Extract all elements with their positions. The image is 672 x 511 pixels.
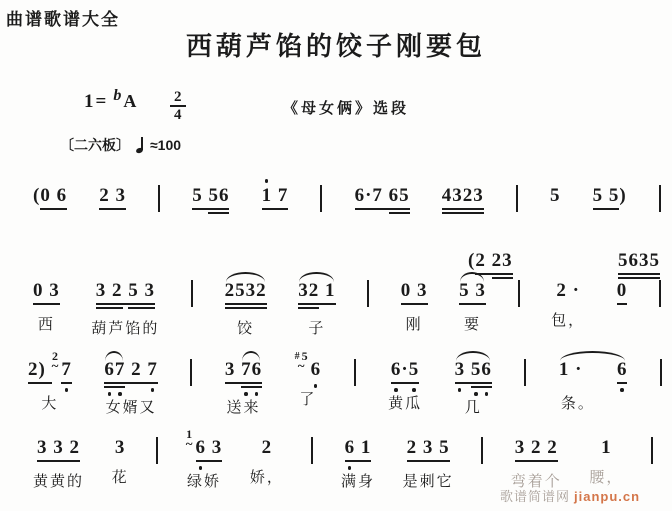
beam-line	[262, 208, 289, 210]
note-text: 76	[241, 359, 262, 380]
note-token: 3 2 2	[515, 437, 558, 462]
note-group: 0	[617, 271, 628, 332]
barline	[367, 280, 369, 307]
grace-tilde-icon: ~	[186, 440, 194, 448]
beam-line	[28, 382, 52, 384]
beam-group	[401, 301, 428, 305]
tempo-row: 〔二六板〕 ≈100	[60, 135, 181, 155]
beam-group	[407, 458, 450, 462]
beam-line	[192, 208, 208, 210]
beam-line	[442, 212, 484, 214]
beam-line	[208, 212, 229, 214]
note: 7	[61, 359, 72, 384]
beam-line	[345, 460, 372, 462]
notes-row: 2 3 5	[407, 428, 450, 462]
note-group: 2 3	[99, 176, 126, 237]
note-text: 6·5	[391, 359, 419, 380]
notes-row: 3 2 5 3	[96, 271, 155, 309]
note-text: 56	[208, 185, 229, 206]
beam-line	[128, 303, 155, 305]
notes-row: 67 2 7	[104, 350, 158, 388]
notes-row: 2 3	[99, 176, 126, 210]
note: 6	[311, 359, 322, 380]
beam-line	[104, 386, 125, 388]
note: )	[619, 185, 626, 206]
note-token: 2 3 5	[407, 437, 450, 462]
beam-group	[455, 380, 471, 384]
barline	[320, 185, 322, 212]
notes-row: 1	[601, 428, 612, 458]
beam-group	[471, 380, 492, 388]
beam-line	[407, 460, 450, 462]
beam-line	[391, 382, 419, 384]
note: 6 1	[345, 437, 372, 462]
note-group: 32 1子	[298, 271, 335, 338]
note-group: 67 2 7女婿又	[104, 350, 158, 417]
note-text: 2 ·	[556, 280, 580, 301]
notes-row: 1 · 6	[559, 350, 628, 384]
note-token: 3	[115, 437, 126, 458]
note-token: 1 · 6	[559, 359, 628, 384]
note-token: 5 56	[192, 185, 229, 214]
note-text: 5 3	[128, 280, 155, 301]
octave-dot-below	[620, 388, 624, 392]
note: 65	[389, 185, 410, 214]
beam-group	[37, 458, 80, 462]
note-group: 6·5黄瓜	[388, 350, 422, 413]
note-token: 3 3 2	[37, 437, 80, 462]
barline	[156, 437, 158, 464]
note-text: 2 3 5	[407, 437, 450, 458]
octave-dot-below	[458, 388, 462, 392]
lyric-syllable: 西	[38, 313, 55, 334]
notes-row: 5 5)	[593, 176, 627, 210]
barline	[518, 280, 520, 307]
note-text: 1 ·	[559, 359, 583, 380]
note-token: 5 3	[459, 280, 486, 305]
note-token: 7	[147, 359, 158, 384]
note: 5	[192, 185, 208, 210]
note-token: 6·7 65	[355, 185, 410, 214]
beam-group	[225, 380, 241, 384]
note-group: 5	[550, 176, 561, 233]
notes-row: (0 6	[33, 176, 67, 210]
note-token: 5 5)	[593, 185, 627, 210]
note: 56	[471, 359, 492, 388]
beam-group	[389, 206, 410, 214]
note-text: 3 2	[96, 280, 123, 301]
slur-arc	[299, 272, 333, 282]
note-token: 0	[617, 280, 628, 305]
octave-dot-below	[65, 388, 69, 392]
note: 2	[125, 359, 147, 384]
lyric-syllable: 绿娇	[187, 470, 221, 491]
note: 1 7	[262, 185, 289, 210]
barline	[191, 280, 193, 307]
beam-line	[40, 208, 67, 210]
notes-row: 4323	[442, 176, 484, 214]
beam-line	[96, 307, 123, 309]
note-group: 1~6 3绿娇	[186, 428, 223, 491]
beam-line	[61, 382, 72, 384]
slur-arc	[226, 272, 265, 282]
note-text: 6	[311, 359, 322, 380]
note-text: 2)	[28, 359, 52, 380]
note-token: 67	[104, 359, 125, 388]
notes-row: 5 56	[192, 176, 229, 214]
notes-row: 2) 2~7	[28, 350, 72, 384]
octave-dot-below	[474, 392, 478, 396]
notes-row: 6·5	[391, 350, 419, 384]
note-token: 3 2 5 3	[96, 280, 155, 309]
beam-line	[355, 208, 389, 210]
beam-line	[104, 382, 125, 384]
note-text: 3 2 2	[515, 437, 558, 458]
note: 56	[208, 185, 229, 214]
beam-line	[455, 382, 471, 384]
beam-group	[125, 380, 147, 384]
note-text: 6	[617, 359, 628, 380]
grace-tilde-icon: ~	[298, 362, 306, 370]
note	[582, 359, 617, 380]
quarter-note-icon	[135, 137, 145, 154]
note: 0 3	[33, 280, 60, 305]
note-group: 3花	[112, 428, 129, 487]
beam-line	[319, 303, 335, 305]
note-token: 2	[125, 359, 147, 384]
notes-row: 3 3 2	[37, 428, 80, 462]
note-text: 0	[617, 280, 628, 301]
lyric-syllable: 女婿又	[106, 396, 157, 417]
beam-line	[298, 307, 319, 309]
note-group: 2 3 5是刺它	[403, 428, 454, 491]
beam-line	[37, 460, 80, 462]
beam-group	[459, 301, 486, 305]
note: 2)	[28, 359, 52, 384]
lyric-syllable: 子	[308, 317, 325, 338]
note-group: 2532饺	[225, 271, 267, 338]
music-sheet: 曲谱歌谱大全 西葫芦馅的饺子刚要包 1=bA 2 4 《母女俩》选段 〔二六板〕…	[0, 0, 672, 511]
beam-line	[33, 303, 60, 305]
octave-dot-below	[394, 388, 398, 392]
song-title: 西葫芦馅的饺子刚要包	[0, 26, 672, 63]
beam-line	[389, 212, 410, 214]
note-text: 3	[115, 437, 126, 458]
beam-group	[147, 380, 158, 384]
note-text: (	[33, 185, 40, 206]
note: 2	[262, 437, 273, 458]
note-token: 2 ·	[556, 280, 580, 301]
note-group: 3 3 2黄黄的	[33, 428, 84, 491]
beam-group	[391, 380, 419, 384]
note-text: 2	[262, 437, 273, 458]
note-token: 2)	[28, 359, 52, 384]
notes-row: 2532	[225, 271, 267, 309]
note: 7	[147, 359, 158, 384]
note-text: 0 6	[40, 185, 67, 206]
beam-group	[208, 206, 229, 214]
note-token: 0 3	[33, 280, 60, 305]
beam-line	[617, 303, 628, 305]
lyric-syllable: 花	[112, 466, 129, 487]
notes-row: 2	[262, 428, 273, 458]
banshi-label: 〔二六板〕	[60, 135, 130, 155]
note-text: 1	[319, 280, 335, 301]
note-text: 23	[492, 250, 513, 271]
score-line-verse-2: 2) 2~7大67 2 7女婿又3 76送来#5~6了6·5黄瓜3 56几1 ·…	[28, 350, 662, 417]
beam-line	[471, 382, 492, 384]
notes-row: 3	[115, 428, 126, 458]
lyric-syllable: 送来	[226, 396, 260, 417]
beam-line	[442, 208, 484, 210]
beam-line	[389, 208, 410, 210]
notes-row: 3 76	[225, 350, 262, 388]
beam-line	[459, 303, 486, 305]
note: 0 6	[40, 185, 67, 210]
watermark-site: 歌谱简谱网	[500, 489, 570, 504]
beam-group	[128, 301, 155, 309]
note: 32	[298, 280, 319, 309]
octave-dot-below	[244, 392, 248, 396]
lyric-syllable: 饺	[237, 317, 254, 338]
note: 2532	[225, 280, 267, 309]
note: 2 3 5	[407, 437, 450, 462]
beam-group	[515, 458, 558, 462]
note: 1 ·	[559, 359, 583, 380]
note-text: 6 1	[345, 437, 372, 458]
bpm-value: ≈100	[150, 137, 181, 153]
lyric-syllable: 了	[299, 388, 316, 409]
beam-group	[617, 301, 628, 305]
beam-line	[401, 303, 428, 305]
key-prefix: 1=	[84, 91, 108, 112]
note-group: 5 5)	[593, 176, 627, 237]
beam-group	[104, 380, 125, 388]
note: 5 5	[593, 185, 620, 210]
beam-group	[593, 206, 620, 210]
note-text: 5635	[618, 250, 660, 271]
beam-group	[617, 380, 628, 384]
beam-line	[515, 460, 558, 462]
score-line-verse-3: 3 3 2黄黄的3花1~6 3绿娇2娇，6 1满身2 3 5是刺它3 2 2弯着…	[33, 428, 653, 491]
notes-row: 1~6 3	[186, 428, 223, 462]
beam-group	[345, 458, 372, 462]
beam-line	[125, 382, 147, 384]
note-text: 5	[192, 185, 208, 206]
octave-dot-below	[412, 388, 416, 392]
note: 6·7	[355, 185, 389, 210]
note: 4323	[442, 185, 484, 214]
note: 2 3	[99, 185, 126, 210]
notes-row: 2 ·	[556, 271, 580, 301]
grace-note: #5~	[295, 351, 309, 370]
song-source: 《母女俩》选段	[283, 97, 409, 118]
barline	[190, 359, 192, 386]
lyric-syllable: 刚	[406, 313, 423, 334]
watermark-domain: jianpu.cn	[574, 489, 640, 504]
note-group: 6·7 65	[355, 176, 410, 241]
note-text: 5 3	[459, 280, 486, 301]
slur-arc	[560, 351, 626, 361]
beam-line	[241, 382, 262, 384]
note: 3	[455, 359, 471, 384]
note-text: 1	[601, 437, 612, 458]
barline	[311, 437, 313, 464]
beam-line	[208, 208, 229, 210]
note-text: 5	[550, 185, 561, 206]
note-text: 0 3	[401, 280, 428, 301]
barline	[524, 359, 526, 386]
beam-group	[355, 206, 389, 210]
note: (	[33, 185, 40, 206]
note-group: 6 1满身	[341, 428, 375, 491]
beam-group	[61, 380, 72, 384]
note: 0 3	[401, 280, 428, 305]
barline	[659, 280, 661, 307]
note-token: 6 1	[345, 437, 372, 462]
note-text: 2 3	[99, 185, 126, 206]
note-group: 3 2 5 3葫芦馅的	[91, 271, 159, 338]
note-token: 4323	[442, 185, 484, 214]
note-group: 0 3西	[33, 271, 60, 334]
notes-row: 0 3	[401, 271, 428, 305]
barline	[516, 185, 518, 212]
note: 0	[617, 280, 628, 305]
lyric-syllable: 是刺它	[403, 470, 454, 491]
grace-note: 1~	[186, 429, 194, 448]
beam-line	[99, 208, 126, 210]
note-text: 7	[61, 359, 72, 380]
note-token: #5~6	[295, 359, 322, 380]
notes-row: 0 3	[33, 271, 60, 305]
note-group: 1 7	[262, 176, 289, 237]
note: 2 ·	[556, 280, 580, 301]
key-letter: A	[123, 91, 138, 111]
note-group: 3 56几	[455, 350, 492, 417]
note: 5 3	[459, 280, 486, 305]
note-token: 1~6 3	[186, 437, 223, 462]
note: 3	[225, 359, 241, 384]
beam-line	[196, 460, 223, 462]
time-signature-numerator: 2	[170, 89, 186, 107]
notes-row: 6 1	[345, 428, 372, 462]
notes-row: 6·7 65	[355, 176, 410, 214]
barline	[660, 359, 662, 386]
note: 3 2 2	[515, 437, 558, 462]
note: 1	[601, 437, 612, 458]
note: 6 3	[196, 437, 223, 462]
lyric-syllable: 几	[465, 396, 482, 417]
note-group: 4323	[442, 176, 484, 241]
lyric-syllable: 大	[41, 392, 58, 413]
beam-group	[298, 301, 319, 309]
note-group: 1 · 6条。	[559, 350, 628, 413]
note-text: 65	[389, 185, 410, 206]
time-signature-denominator: 4	[170, 107, 186, 123]
note-text: 3 3 2	[37, 437, 80, 458]
barline	[659, 185, 661, 212]
note-text: 1 7	[262, 185, 289, 206]
note: 67	[104, 359, 125, 388]
beam-line	[241, 386, 262, 388]
note-group: 2娇，	[250, 428, 284, 487]
note: 3 3 2	[37, 437, 80, 462]
note: 6·5	[391, 359, 419, 384]
beam-group	[262, 206, 289, 210]
octave-dot-above	[265, 179, 269, 183]
note-token: 2	[262, 437, 273, 458]
note-group: 3 2 2弯着个	[511, 428, 562, 491]
notes-row: 0	[617, 271, 628, 305]
note-group: 3 76送来	[225, 350, 262, 417]
beam-line	[617, 382, 628, 384]
octave-dot-below	[199, 466, 203, 470]
beam-group	[442, 206, 484, 214]
note-group: 2) 2~7大	[28, 350, 72, 413]
lyric-syllable: 满身	[341, 470, 375, 491]
barline	[158, 185, 160, 212]
note-text: 2	[125, 359, 147, 380]
beam-line	[96, 303, 123, 305]
grace-note: 2~	[52, 351, 60, 370]
note-text: 0 3	[33, 280, 60, 301]
note-token: 76	[241, 359, 262, 388]
note-token: 3 56	[455, 359, 492, 388]
lyric-syllable: 包，	[551, 309, 585, 330]
beam-group	[225, 301, 267, 309]
lyric-syllable: 条。	[561, 392, 595, 413]
notes-row: #5~6	[295, 350, 322, 380]
beam-group	[241, 380, 262, 388]
note-token: 3	[225, 359, 241, 384]
note: 5 3	[128, 280, 155, 309]
note-token: 5	[550, 185, 561, 206]
note-text: 67	[104, 359, 125, 380]
note-group: #5~6了	[295, 350, 322, 409]
note-text: 3	[455, 359, 471, 380]
note-token: 2~7	[52, 359, 72, 384]
note-token: 6·5	[391, 359, 419, 384]
note-text: 56	[471, 359, 492, 380]
beam-line	[593, 208, 620, 210]
octave-dot-below	[255, 392, 259, 396]
barline	[481, 437, 483, 464]
note-text: )	[619, 185, 626, 206]
octave-dot-below	[348, 466, 352, 470]
note-group: 5 3要	[459, 271, 486, 334]
notes-row: 1 7	[262, 176, 289, 210]
beam-line	[298, 303, 319, 305]
octave-dot-below	[314, 384, 318, 388]
lyric-syllable: 娇，	[250, 466, 284, 487]
note-group: 0 3刚	[401, 271, 428, 334]
watermark: 歌谱简谱网jianpu.cn	[500, 486, 640, 505]
note-token: 1 7	[262, 185, 289, 210]
note-token: 0 3	[401, 280, 428, 305]
note-text: 3	[225, 359, 241, 380]
beam-line	[147, 382, 158, 384]
barline	[354, 359, 356, 386]
lyric-syllable: 黄黄的	[33, 470, 84, 491]
note: 3 2	[96, 280, 123, 309]
grace-tilde-icon: ~	[52, 362, 60, 370]
octave-dot-below	[151, 388, 155, 392]
note-text: 5 5	[593, 185, 620, 206]
note-token: 1	[601, 437, 612, 458]
note: 5	[550, 185, 561, 206]
beam-line	[225, 303, 267, 305]
note-token: 32 1	[298, 280, 335, 309]
